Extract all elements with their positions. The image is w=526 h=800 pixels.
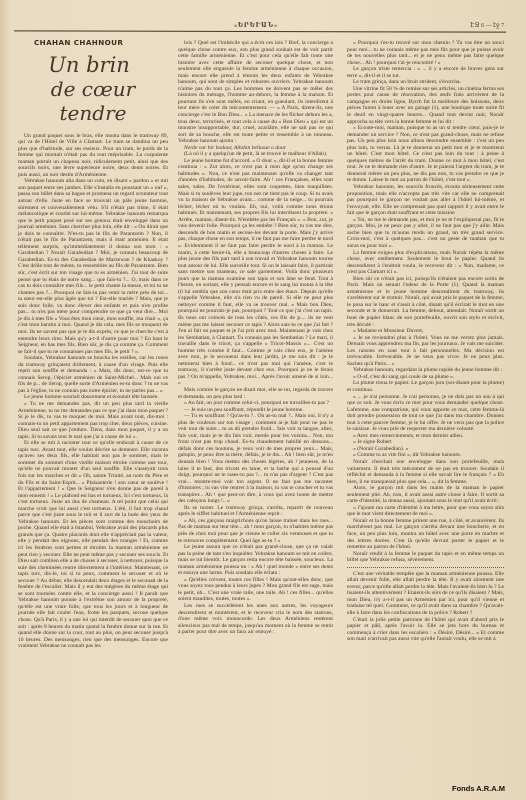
- paragraph: « Tu ne me demandes pas, dit un peu plus…: [18, 401, 168, 440]
- column-3: « Pourquoi t'es-tu trouvé sur mon chemin…: [347, 40, 504, 643]
- paragraph: Les rues se succédèrent les unes aux aut…: [178, 603, 333, 636]
- paragraph: « Ecoute-moi, maman, puisque tu as un si…: [347, 125, 504, 184]
- paragraph: Alors, le garçon mit dans les mains de l…: [347, 485, 504, 505]
- paragraph: « Au fait, un jour comme celui-ci, pourq…: [178, 400, 333, 407]
- paragraph: « J'ajoute ma carte d'identité à ma lett…: [347, 505, 504, 518]
- paragraph: lois ? Quel est l'imbécile qui a écrit c…: [178, 40, 333, 145]
- paragraph: Et elle se mit à raconter tout ce qu'ell…: [18, 440, 168, 650]
- paragraph: Le garçon triste remercia : « ... il y a…: [347, 66, 504, 79]
- paragraph: « ... je n'ai personne. Je n'ai personne…: [347, 394, 504, 433]
- paragraph: « Toi, ne me le demande pas, et moi je n…: [347, 217, 504, 250]
- column-1: CHAHAN CHAHNOUR Un brin de cœur tendre U…: [18, 40, 168, 650]
- paragraph: Yebrakse hanoum, regardant la plume rapi…: [347, 367, 504, 374]
- paragraph: Ils se turent. Le tramway grinça, s'arrê…: [178, 505, 333, 518]
- paragraph: Yebrakse hanoum alla dans un coin, en di…: [18, 178, 168, 355]
- paragraph: Un grand paquet sous le bras, elle monta…: [18, 133, 168, 179]
- paragraph: Bien sûr ce n'était pas ici, puisqu'ils …: [347, 276, 504, 328]
- paragraph: « Qu'elles crèvent, toutes ces filles ! …: [178, 577, 333, 603]
- paragraph: Yebrakse hanoum, les sourcils froncés, é…: [347, 184, 504, 217]
- page-number: ԷՋ 6 — էջ 7: [470, 22, 504, 29]
- paragraph: « Ah, ces garçons maigrichons qu'on lais…: [178, 518, 333, 544]
- column-2-body: lois ? Quel est l'imbécile qui a écrit c…: [178, 40, 333, 636]
- paragraph: — Tu es souffrant ? Qu'as-tu ?.. Où as-t…: [178, 413, 333, 505]
- paragraph: « Je ne reviendrai plus à l'hôtel. Vous …: [347, 335, 504, 368]
- paragraph: C'était la jolie petite patronne de l'hô…: [347, 617, 504, 643]
- paragraph: (Là où il y a quelqu'un de petit, là se …: [178, 151, 333, 158]
- article-title: Un brin de cœur tendre: [18, 53, 168, 125]
- paragraph: Le jeune homme souriait doucement et éco…: [18, 394, 168, 401]
- paragraph: Noraïr rendit à la femme le paquet du ta…: [347, 551, 504, 564]
- author-name: CHAHAN CHAHNOUR: [34, 40, 168, 47]
- archive-watermark: Fonds A.R.A.M: [452, 784, 505, 793]
- paragraph: C'est une véritable tempête que la maman…: [347, 571, 504, 617]
- paragraph: Le jeune assura que ce n'était pas grand…: [178, 544, 333, 577]
- paragraph: Noraïr cherchait une enveloppe dans son …: [347, 459, 504, 485]
- paragraph: Mais comme le garçon ne disait mot, elle…: [178, 387, 333, 400]
- title-line-1: Un brin: [10, 53, 168, 77]
- paragraph: Le jeune homme fut d'accord. « O dour »,…: [178, 158, 333, 387]
- paragraph: « Pourquoi t'es-tu trouvé sur mon chemin…: [347, 40, 504, 66]
- newspaper-page: «ԵՐԵՒԱՆ» ԷՋ 6 — էջ 7 CHAHAN CHAHNOUR Un …: [0, 0, 526, 800]
- section-divider: [347, 567, 504, 568]
- paragraph: Une vitrine fit 50 % de remise sur ses a…: [347, 86, 504, 125]
- column-2: lois ? Quel est l'imbécile qui a écrit c…: [178, 40, 333, 636]
- column-3-body: « Pourquoi t'es-tu trouvé sur mon chemin…: [347, 40, 504, 643]
- header-rule: [14, 30, 506, 32]
- paragraph: Noraïr et la bonne femme prirent une rue…: [347, 518, 504, 551]
- paragraph: Soudain, Yebrakse hanoum se boucha les o…: [18, 355, 168, 394]
- publication-name: «ԵՐԵՒԱՆ»: [234, 22, 278, 29]
- title-line-2: de cœur tendre: [18, 77, 168, 125]
- paragraph: La plume troua le papier. Le garçon jura…: [347, 380, 504, 393]
- column-1-body: Un grand paquet sous le bras, elle monta…: [18, 133, 168, 650]
- paragraph: La femme exigea plus d'explications, mai…: [347, 250, 504, 276]
